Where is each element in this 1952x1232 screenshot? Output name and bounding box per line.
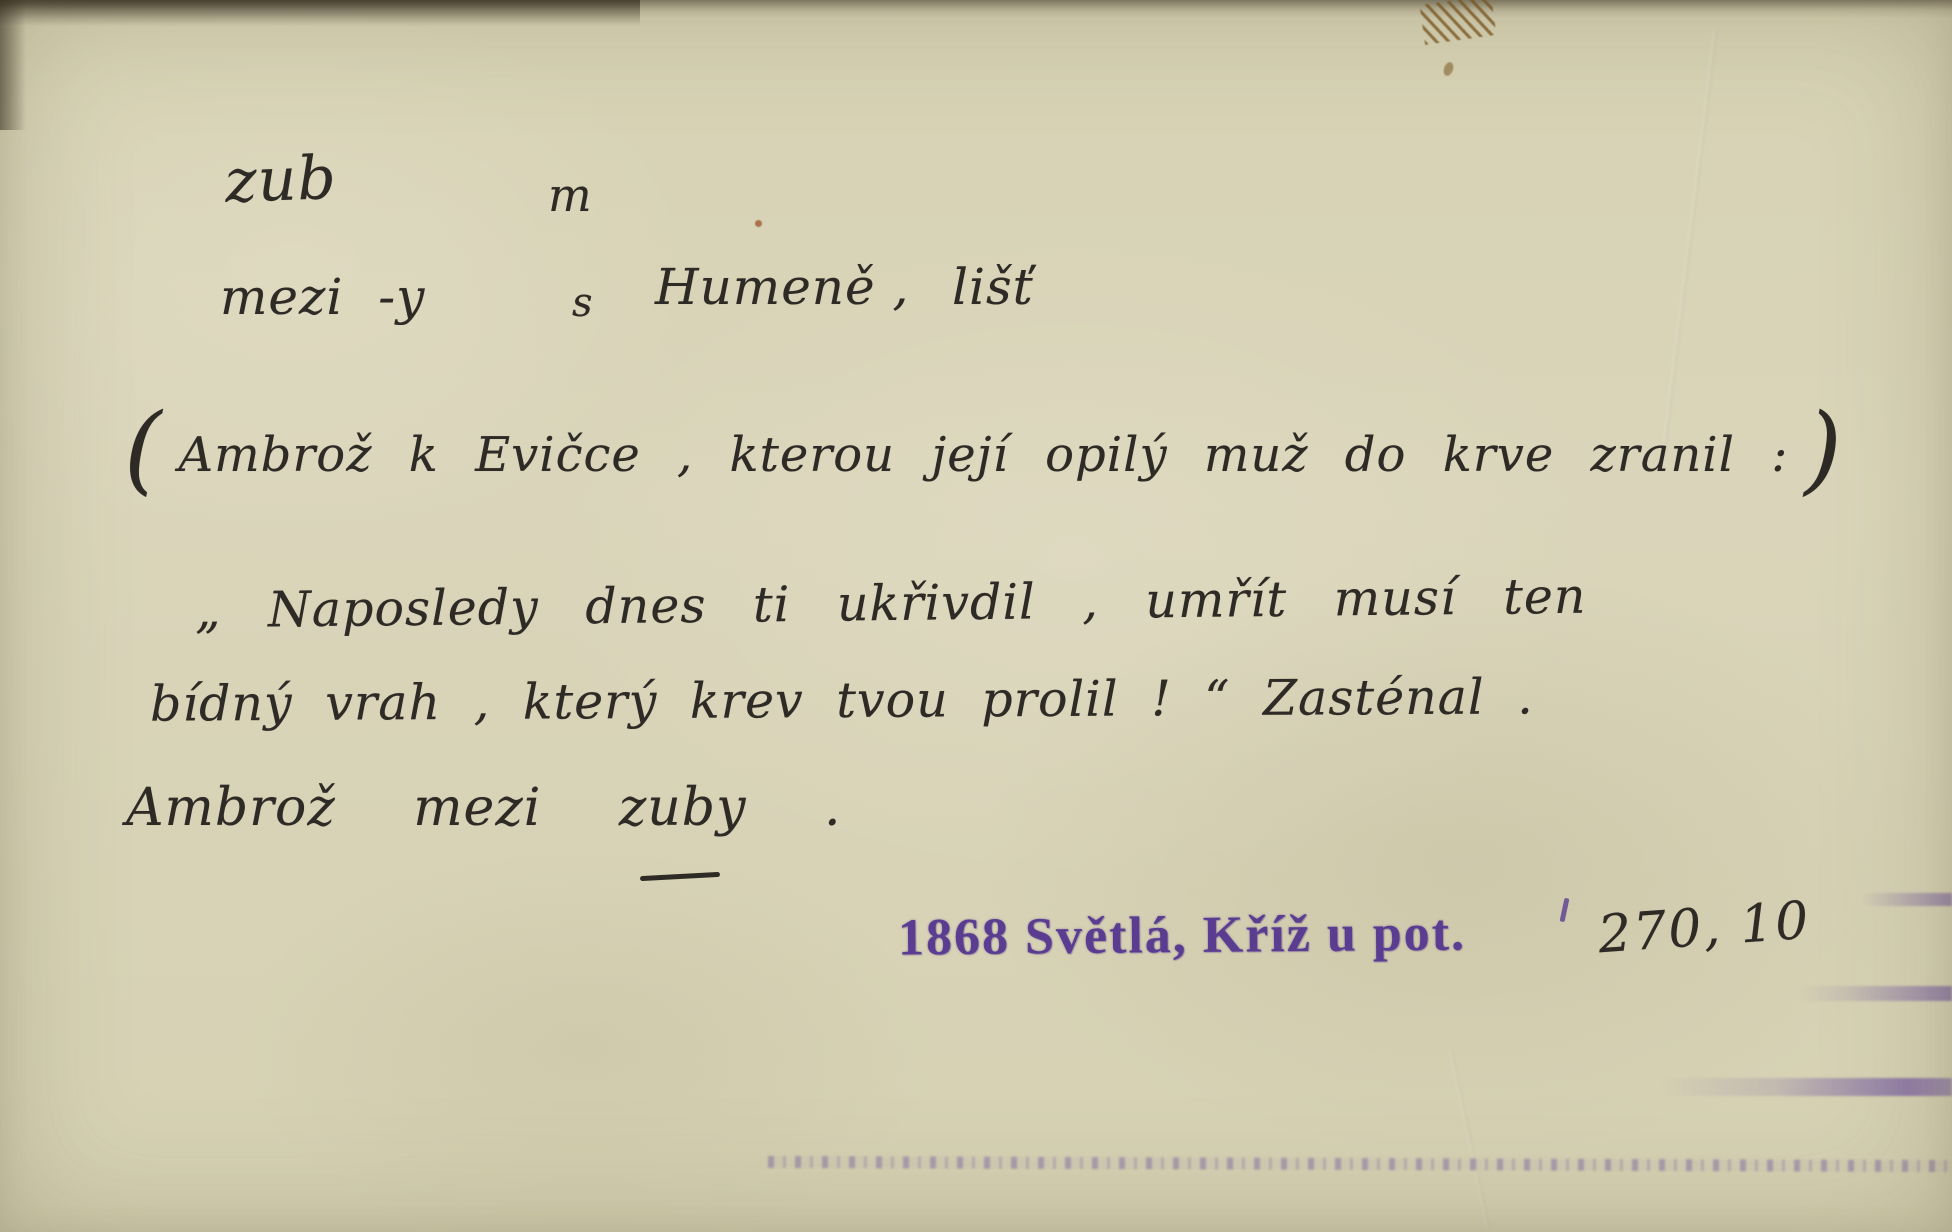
stamp-offset-smudge-right-3 (1658, 1078, 1952, 1096)
catalog-number: 270, 10 (1596, 891, 1812, 966)
parenthetical-text: Ambrož k Evičce , kterou její opilý muž … (178, 427, 1788, 483)
archival-card: zub m mezi -y s Humeně , lišť ( Ambrož k… (0, 0, 1952, 1232)
stamp-offset-smudge-right-2 (1798, 986, 1952, 1001)
stamp-offset-smudge-right-1 (1862, 893, 1952, 906)
ink-speck (755, 220, 762, 227)
paper-crease (1449, 1050, 1490, 1231)
dark-corner-top-left (0, 0, 26, 130)
headword-zub: zub (224, 143, 338, 217)
quotation-line-1: „ Naposledy dnes ti ukřivdil , umřít mus… (195, 568, 1587, 640)
underline-mark (640, 872, 720, 881)
brown-stain-mark (1420, 0, 1497, 45)
quotation-line-3-start: Ambrož mezi (126, 778, 541, 838)
stamp-offset-smudge-bottom (768, 1156, 1952, 1172)
torn-top-edge-left (0, 0, 640, 26)
quotation-line-2: bídný vrah , který krev tvou prolil ! “ … (150, 668, 1534, 732)
source-letter: s (572, 280, 594, 326)
quotation-line-3-period: . (824, 778, 842, 838)
open-paren: ( (124, 406, 162, 492)
quotation-line-3: Ambrož mezi zuby . (126, 778, 842, 838)
date-place-stamp: 1868 Světlá, Kříž u pot. (898, 904, 1466, 968)
close-paren: ) (1804, 406, 1842, 492)
headword-note-mark: m (548, 168, 593, 222)
paper-crease (1662, 29, 1717, 456)
underlined-word-zuby: zuby (619, 778, 747, 838)
parenthetical-note: ( Ambrož k Evičce , kterou její opilý mu… (124, 412, 1843, 498)
stamp-tick-mark (1560, 898, 1570, 923)
source-abbrev: lišť (952, 258, 1034, 316)
source-place: Humeně , (655, 258, 909, 316)
brown-speck (1442, 61, 1455, 77)
headword-mezi: mezi -y (220, 268, 425, 326)
